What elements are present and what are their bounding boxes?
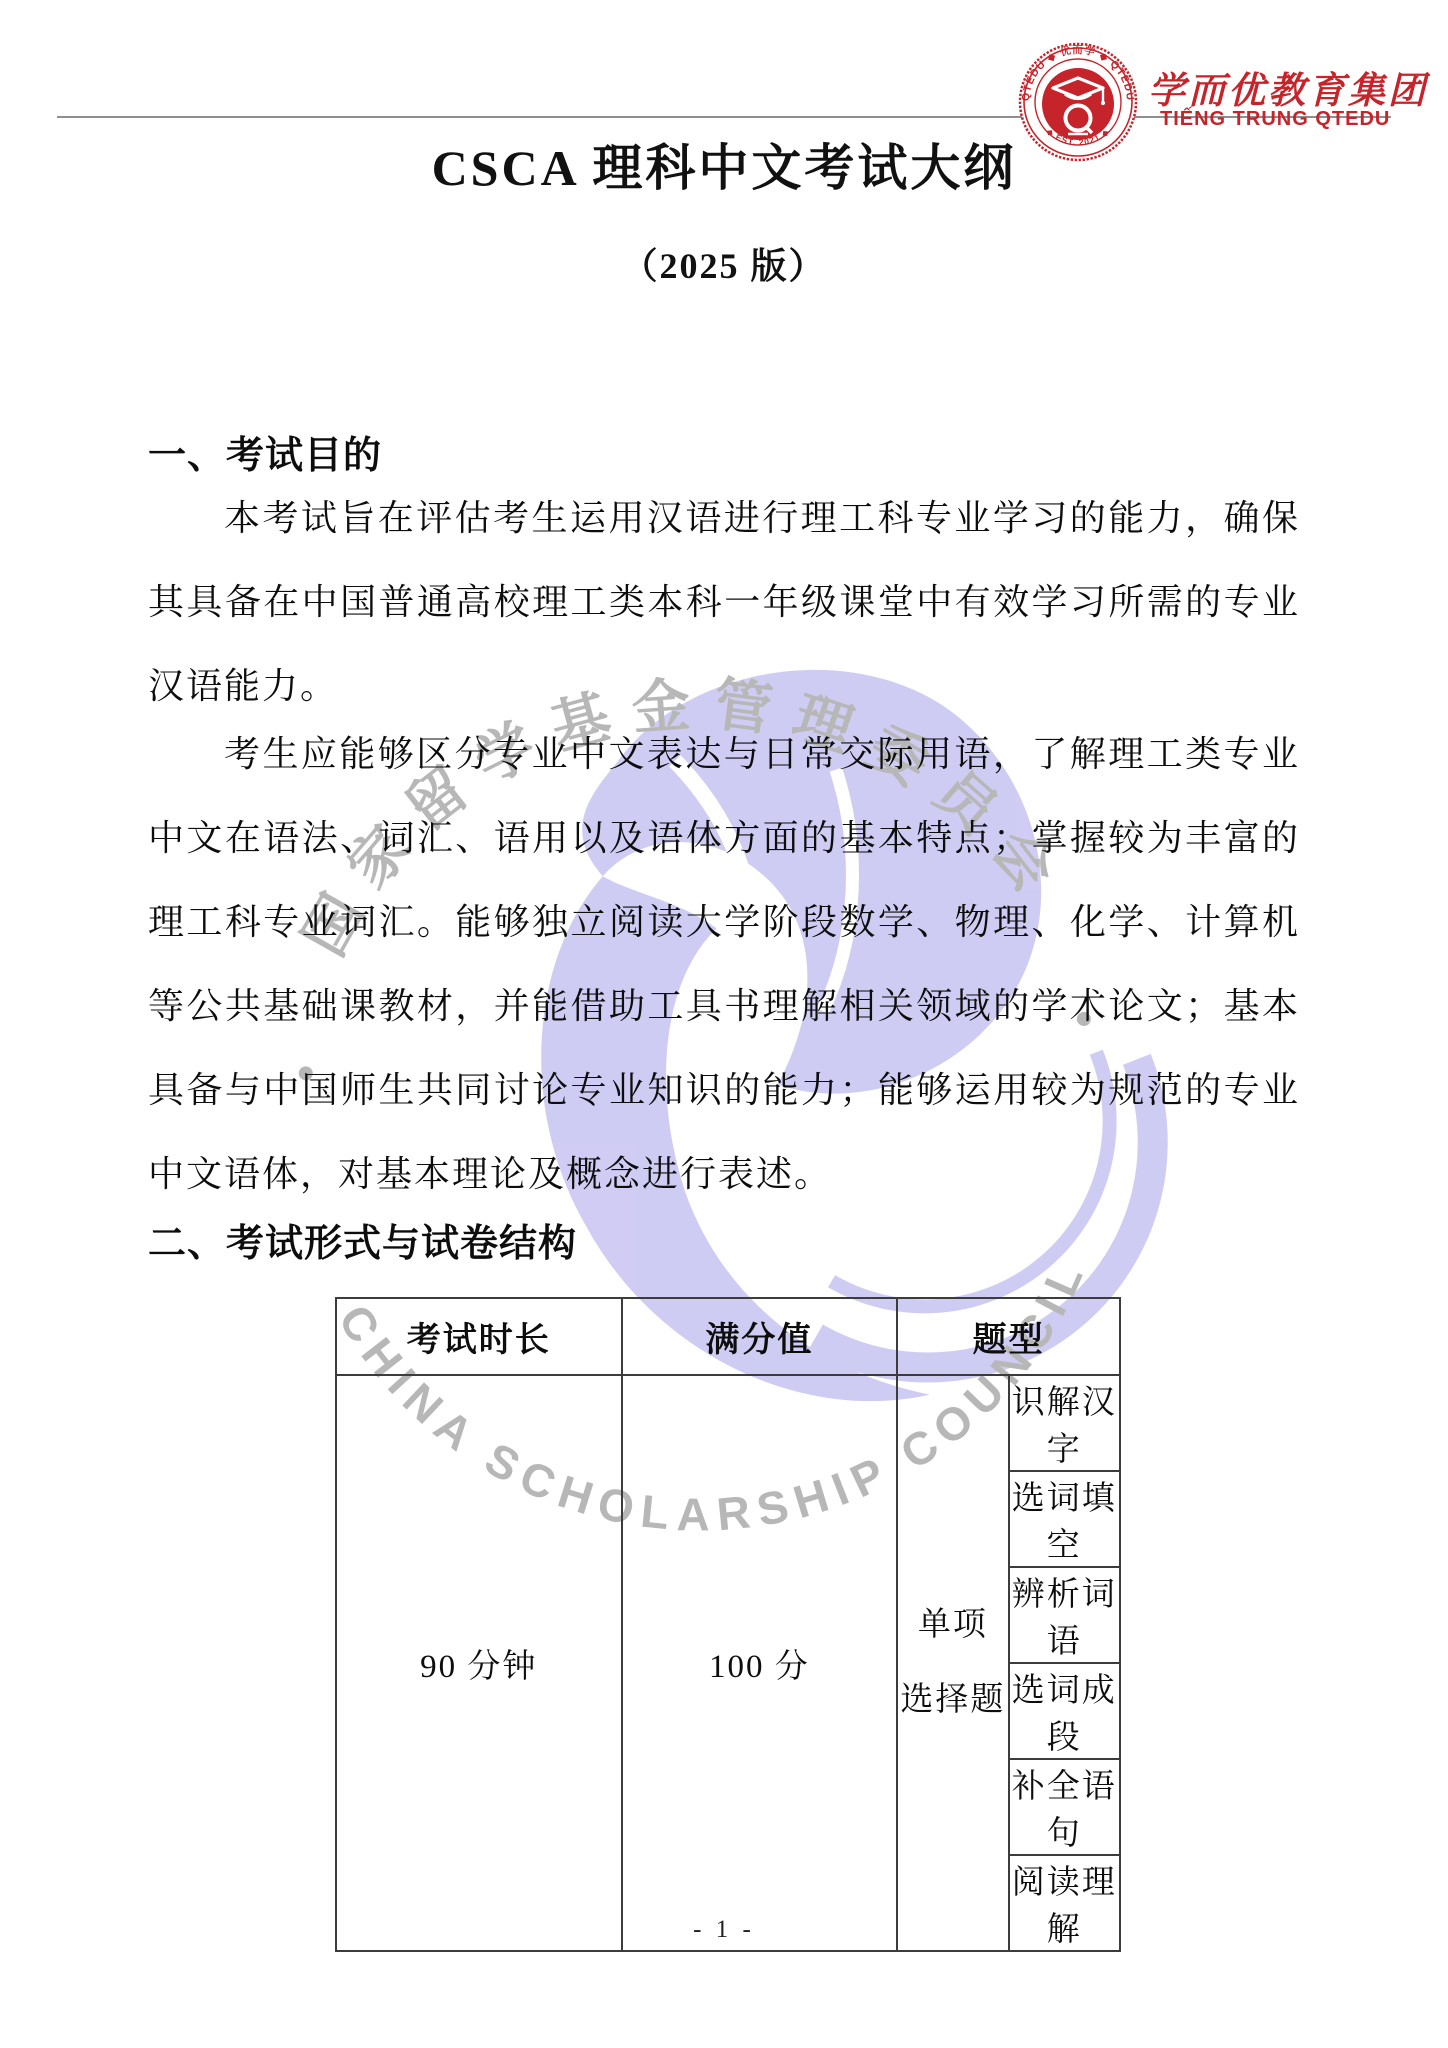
column-header-duration: 考试时长 — [336, 1298, 622, 1375]
cell-question-type: 补全语句 — [1009, 1759, 1120, 1855]
document-title: CSCA 理科中文考试大纲 — [0, 128, 1448, 200]
table-header-row: 考试时长 满分值 题型 — [336, 1298, 1120, 1375]
cell-question-type: 选词成段 — [1009, 1663, 1120, 1759]
question-format-line-1: 单项 — [898, 1605, 1007, 1646]
section-heading-exam-purpose: 一、考试目的 — [148, 424, 382, 479]
brand-name-chinese: 学而优教育集团 — [1148, 60, 1420, 114]
cell-duration: 90 分钟 — [336, 1375, 622, 1951]
cell-question-type: 辨析词语 — [1009, 1567, 1120, 1663]
exam-structure-table: 考试时长 满分值 题型 90 分钟 100 分 单项 选择题 识解汉字 选词填空… — [335, 1297, 1121, 1952]
cell-question-format: 单项 选择题 — [897, 1375, 1008, 1951]
document-page: 国家留学基金管理委员会 CHINA SCHOLARSHIP COUNCIL QT… — [0, 0, 1448, 2048]
column-header-score: 满分值 — [622, 1298, 898, 1375]
cell-question-type: 选词填空 — [1009, 1471, 1120, 1567]
document-edition: （2025 版） — [0, 238, 1448, 289]
paragraph-exam-purpose-1: 本考试旨在评估考生运用汉语进行理工科专业学习的能力，确保其具备在中国普通高校理工… — [148, 476, 1300, 728]
section-heading-exam-format: 二、考试形式与试卷结构 — [148, 1212, 577, 1267]
column-header-question-type: 题型 — [897, 1298, 1120, 1375]
question-format-line-2: 选择题 — [898, 1680, 1007, 1721]
cell-question-type: 识解汉字 — [1009, 1375, 1120, 1471]
qtedu-seal-icon: QTEDU ◆ 优而学 ◆ QTEDU ◆ EST. 2021 ◆ — [1018, 42, 1138, 162]
paragraph-exam-purpose-2: 考生应能够区分专业中文表达与日常交际用语，了解理工类专业中文在语法、词汇、语用以… — [148, 712, 1300, 1216]
page-number: - 1 - — [0, 1916, 1448, 1944]
brand-name-vietnamese: TIẾNG TRUNG QTEDU — [1160, 108, 1420, 131]
table-row: 90 分钟 100 分 单项 选择题 识解汉字 — [336, 1375, 1120, 1471]
cell-score: 100 分 — [622, 1375, 898, 1951]
